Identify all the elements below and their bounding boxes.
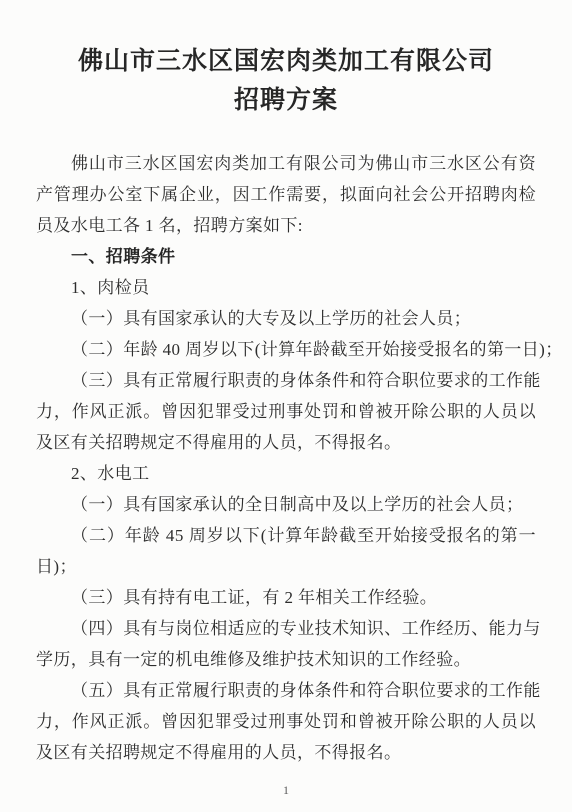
document-page: 佛山市三水区国宏肉类加工有限公司 招聘方案 佛山市三水区国宏肉类加工有限公司为佛…	[0, 0, 572, 812]
text-line: （二）年龄 40 周岁以下(计算年龄截至开始接受报名的第一日)；	[36, 334, 536, 365]
text-line: 一、招聘条件	[36, 241, 536, 272]
text-line: 日)；	[36, 551, 536, 582]
text-line: 力，作风正派。曾因犯罪受过刑事处罚和曾被开除公职的人员以	[36, 396, 536, 427]
text-line: 2、水电工	[36, 458, 536, 489]
text-line: （五）具有正常履行职责的身体条件和符合职位要求的工作能	[36, 675, 536, 706]
text-line: 员及水电工各 1 名，招聘方案如下:	[36, 210, 536, 241]
page-number: 1	[0, 783, 572, 798]
text-line: 及区有关招聘规定不得雇用的人员，不得报名。	[36, 737, 536, 768]
text-line: （一）具有国家承认的全日制高中及以上学历的社会人员；	[36, 489, 536, 520]
text-line: （二）年龄 45 周岁以下(计算年龄截至开始接受报名的第一	[36, 520, 536, 551]
text-line: 力，作风正派。曾因犯罪受过刑事处罚和曾被开除公职的人员以	[36, 706, 536, 737]
document-body: 佛山市三水区国宏肉类加工有限公司为佛山市三水区公有资产管理办公室下属企业，因工作…	[36, 148, 536, 768]
text-line: 产管理办公室下属企业，因工作需要，拟面向社会公开招聘肉检	[36, 179, 536, 210]
text-line: 学历，具有一定的机电维修及维护技术知识的工作经验。	[36, 644, 536, 675]
title-line-1: 佛山市三水区国宏肉类加工有限公司	[0, 42, 572, 81]
text-line: （四）具有与岗位相适应的专业技术知识、工作经历、能力与	[36, 613, 536, 644]
text-line: （三）具有正常履行职责的身体条件和符合职位要求的工作能	[36, 365, 536, 396]
text-line: 佛山市三水区国宏肉类加工有限公司为佛山市三水区公有资	[36, 148, 536, 179]
title-line-2: 招聘方案	[0, 81, 572, 120]
text-line: 及区有关招聘规定不得雇用的人员，不得报名。	[36, 427, 536, 458]
text-line: （一）具有国家承认的大专及以上学历的社会人员；	[36, 303, 536, 334]
document-title: 佛山市三水区国宏肉类加工有限公司 招聘方案	[0, 0, 572, 120]
text-line: （三）具有持有电工证，有 2 年相关工作经验。	[36, 582, 536, 613]
text-line: 1、肉检员	[36, 272, 536, 303]
